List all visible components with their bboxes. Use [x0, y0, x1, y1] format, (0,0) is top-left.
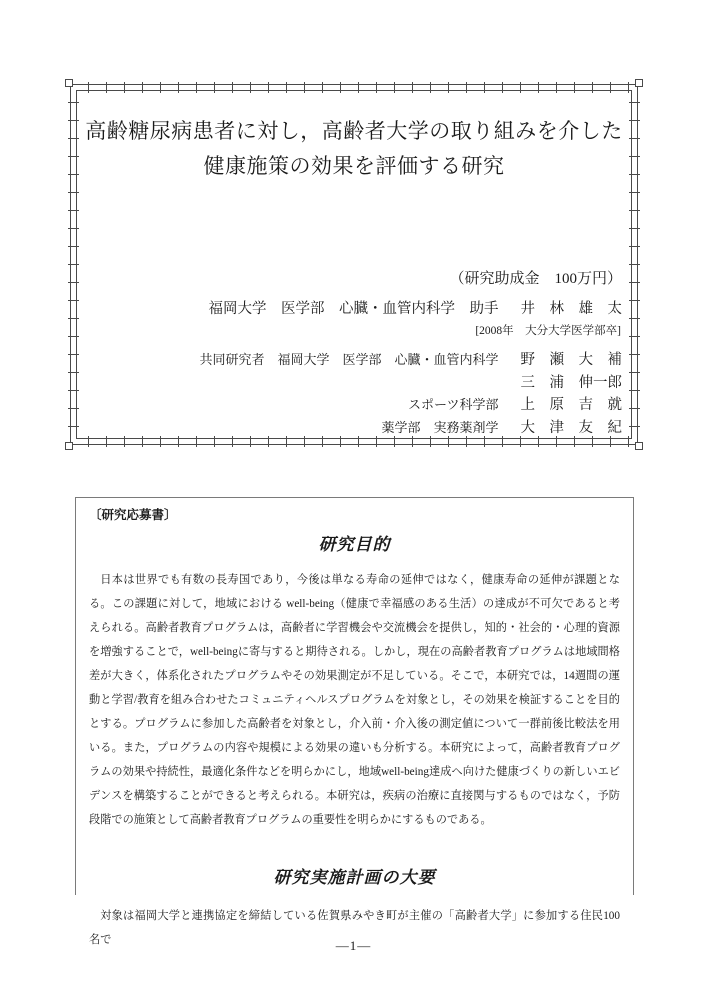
co-researcher-name: 上 原 吉 就 — [521, 394, 623, 417]
co-researcher-row: 薬学部 実務薬剤学 大 津 友 紀 — [91, 417, 622, 440]
page-number: ―1― — [0, 938, 707, 954]
co-researcher-name: 野 瀬 大 補 — [521, 349, 623, 372]
co-researcher-row: 三 浦 伸一郎 — [91, 372, 622, 395]
section-heading-purpose: 研究目的 — [89, 530, 620, 555]
co-researcher-name: 大 津 友 紀 — [521, 417, 623, 440]
frame-corner-square — [65, 442, 73, 450]
section-heading-plan: 研究実施計画の大要 — [89, 863, 620, 888]
co-researcher-row: スポーツ科学部 上 原 吉 就 — [91, 394, 622, 417]
co-researcher-affiliation: スポーツ科学部 — [408, 394, 498, 417]
application-box: 〔研究応募書〕 研究目的 日本は世界でも有数の長寿国であり，今後は単なる寿命の延… — [75, 497, 634, 895]
frame-corner-square — [65, 79, 73, 87]
pi-name: 井 林 雄 太 — [521, 297, 623, 318]
document-title-line2: 健康施策の効果を評価する研究 — [77, 149, 631, 184]
author-block: （研究助成金 100万円） 福岡大学 医学部 心臓・血管内科学 助手 井 林 雄… — [91, 267, 622, 439]
co-researcher-affiliation: 薬学部 実務薬剤学 — [381, 417, 498, 440]
pi-affiliation: 福岡大学 医学部 心臓・血管内科学 助手 — [209, 297, 499, 318]
co-researcher-name: 三 浦 伸一郎 — [521, 372, 623, 395]
grant-amount: （研究助成金 100万円） — [91, 267, 622, 288]
section-body-purpose: 日本は世界でも有数の長寿国であり，今後は単なる寿命の延伸ではなく，健康寿命の延伸… — [89, 568, 620, 832]
principal-investigator-row: 福岡大学 医学部 心臓・血管内科学 助手 井 林 雄 太 — [91, 297, 622, 318]
document-title: 高齢糖尿病患者に対し，高齢者大学の取り組みを介した 健康施策の効果を評価する研究 — [77, 114, 631, 184]
application-box-label: 〔研究応募書〕 — [89, 505, 620, 523]
document-title-line1: 高齢糖尿病患者に対し，高齢者大学の取り組みを介した — [77, 114, 631, 149]
frame-ticks-top — [70, 82, 638, 93]
pi-degree-note: [2008年 大分大学医学部卒] — [91, 322, 622, 338]
co-researcher-affiliation: 共同研究者 福岡大学 医学部 心臓・血管内科学 — [199, 349, 498, 372]
frame-corner-square — [635, 79, 643, 87]
co-researcher-row: 共同研究者 福岡大学 医学部 心臓・血管内科学 野 瀬 大 補 — [91, 349, 622, 372]
title-frame: 高齢糖尿病患者に対し，高齢者大学の取り組みを介した 健康施策の効果を評価する研究… — [76, 90, 632, 439]
frame-corner-square — [635, 442, 643, 450]
